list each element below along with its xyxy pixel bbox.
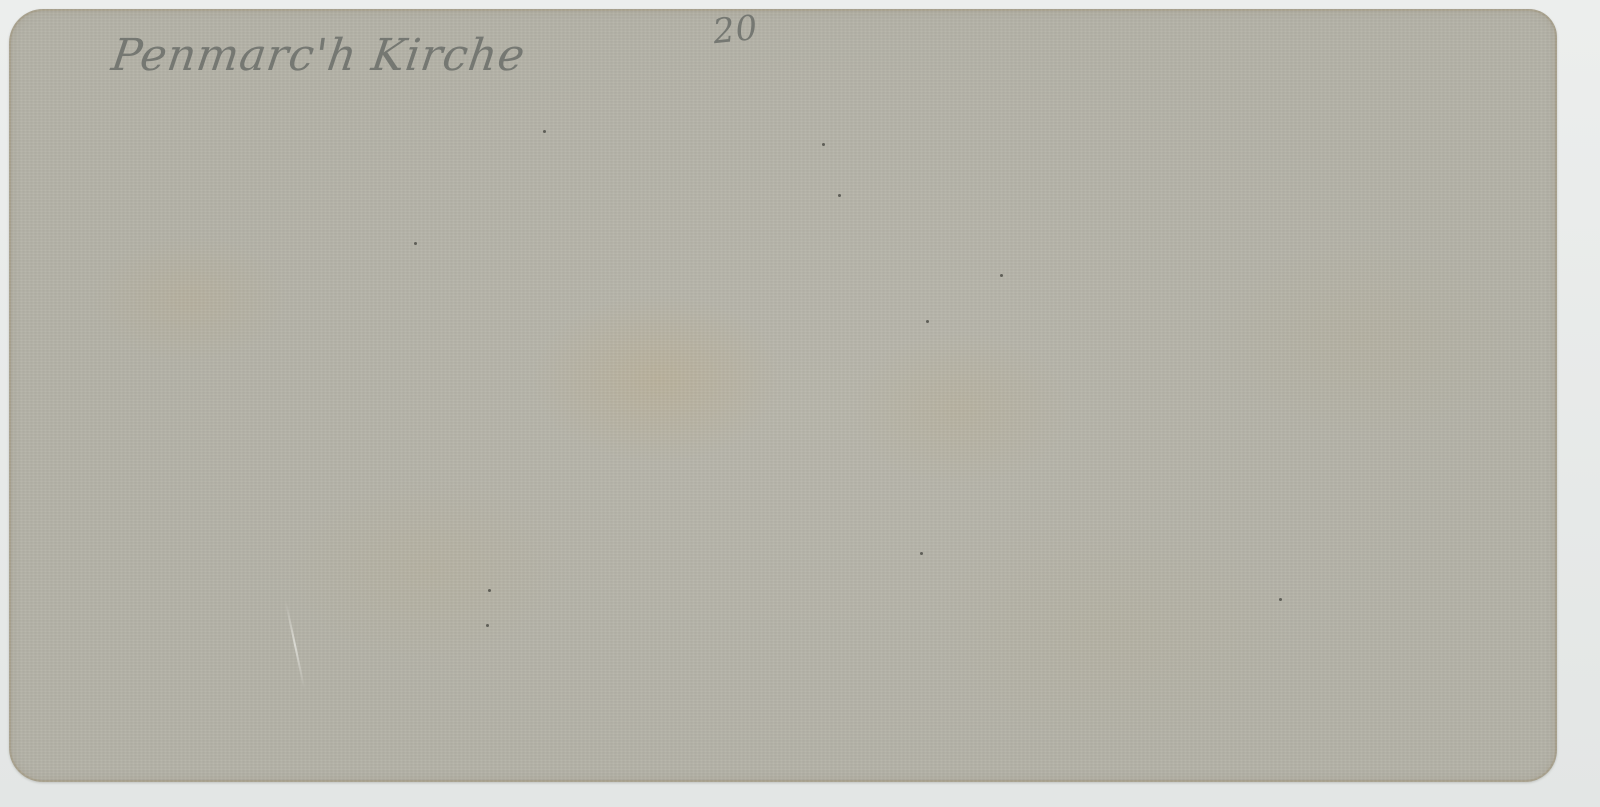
- dust-speck: [926, 320, 929, 323]
- dust-speck: [488, 589, 491, 592]
- dust-speck: [838, 194, 841, 197]
- dust-speck: [1000, 274, 1003, 277]
- dust-speck: [543, 130, 546, 133]
- stereoview-card-back: [9, 9, 1557, 782]
- scan-background: Penmarc'h Kirche 20: [0, 0, 1600, 807]
- dust-speck: [822, 143, 825, 146]
- dust-speck: [920, 552, 923, 555]
- dust-speck: [486, 624, 489, 627]
- dust-speck: [1279, 598, 1282, 601]
- dust-speck: [414, 242, 417, 245]
- pencil-caption: Penmarc'h Kirche: [108, 30, 528, 81]
- pencil-card-number: 20: [711, 8, 760, 53]
